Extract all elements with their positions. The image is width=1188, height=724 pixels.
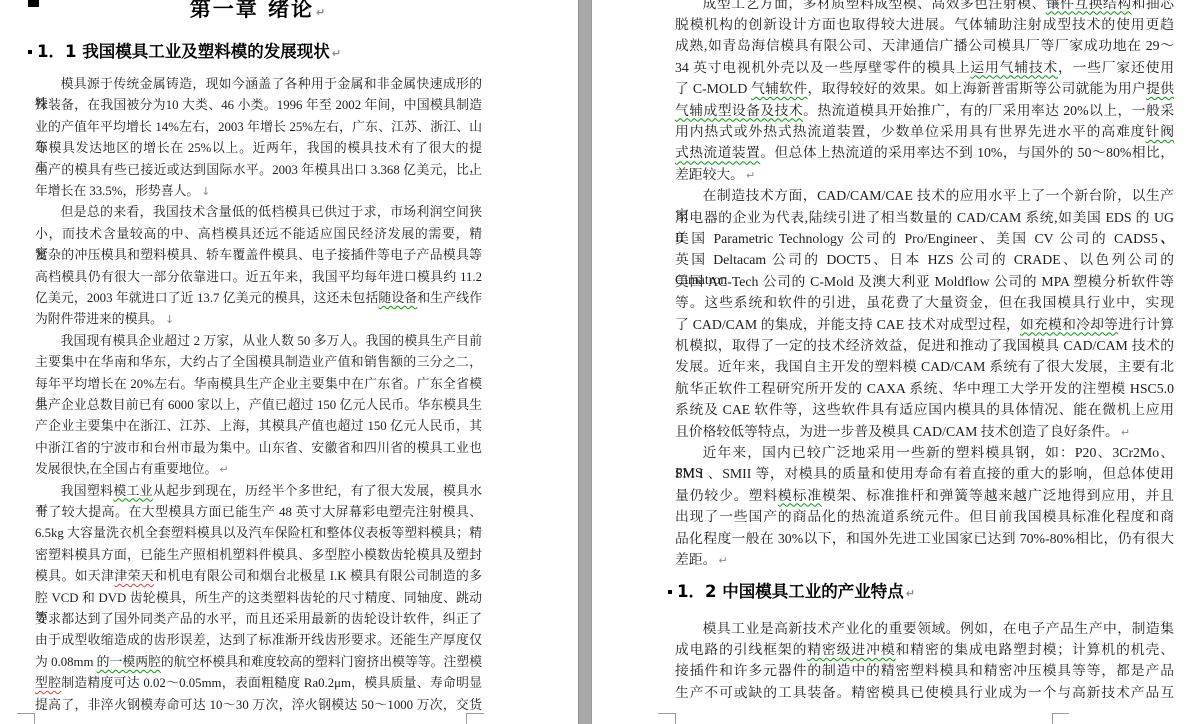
text-run: 我国现有模具企业超过 2 万家，从业人数 50 多万人。我国的模具生产目前	[61, 334, 482, 348]
text-run: 成熟,如青岛海信模具有限公司、天津通信广播公司模具厂等厂家成功地在 29～	[675, 38, 1174, 53]
text-run: 成电路的引线框架的	[675, 642, 807, 657]
text-run: 复杂的冲压模具和塑料模具、轿车覆盖件模具、电子接插件等电子产品模具等	[35, 248, 482, 262]
text-line: 我国塑料模工业从起步到现在，历经半个多世纪，有了很大发展，模具水平	[35, 481, 482, 502]
text-line: 高档模具仍有很大一部分依靠进口。近五年来，我国平均每年进口模具约 11.2	[35, 267, 482, 288]
text-run: 成型工艺方面，多材质塑料成型模、高效多色注射模、	[703, 0, 1046, 11]
text-line: 模具工业是高新技术产业化的重要领域。例如，在电子产品生产中，制造集	[675, 619, 1174, 640]
text-run: 模架、标准推杆和弹簧等越来越广泛地得到应用，并且	[822, 488, 1174, 503]
spellcheck-flagged-text: 如充模和冷却等	[1020, 317, 1118, 332]
text-run: 亿美元，2003 年就进口了近 13.7 亿美元的模具，这还未包括	[35, 291, 378, 305]
text-boundary-mark	[1052, 713, 1069, 714]
text-line: 式热流道装置。但总体上热流道的采用率达不到 10%，与国外的 50～80%相比，	[675, 143, 1174, 164]
spellcheck-flagged-text: 气辅成型设备及技术	[675, 103, 803, 118]
text-line: 年增长在 33.5%，形势喜人。↓	[35, 181, 482, 202]
text-line: 在制造技术方面，CAD/CAM/CAE 技术的应用水平上了一个新台阶，以生产家	[675, 186, 1174, 207]
text-line: 美国 AC-Tech 公司的 C-Mold 及澳大利亚 Moldflow 公司的…	[675, 272, 1174, 293]
text-line: 量仍较少。塑料模标准模架、标准推杆和弹簧等越来越广泛地得到应用，并且	[675, 486, 1174, 507]
spellcheck-flagged-text: 式热流道装置	[675, 145, 760, 160]
text-run: 中浙江省的宁波市和台州市最为集中。山东省、安徽省和四川省的模具工业也	[35, 441, 482, 455]
text-run: 品化程度一般在 30%以下，和国外先进工业国家已达到 70%-80%相比，仍有很…	[675, 531, 1174, 546]
paragraph-mark: ↵	[1121, 426, 1130, 439]
text-line: 生产的模具有些已接近或达到国际水平。2003 年模具出口 3.368 亿美元，比…	[35, 160, 482, 181]
text-line: 型腔制造精度可达 0.02～0.05mm，表面粗糙度 Ra0.2μm，模具质量、…	[35, 673, 482, 694]
line-break-mark: ↓	[201, 185, 210, 198]
text-line: 6.5kg 大容量洗衣机全套塑料模具以及汽车保险杠和整体仪表板等塑料模具；精	[35, 523, 482, 544]
spellcheck-flagged-text: 运用气辅技术	[970, 60, 1058, 75]
text-run: 生产不可或缺的工具装备。精密模具已使模具行业成为一个与高新技术产品互	[675, 685, 1174, 700]
text-run: 。热流道模具开始推广，有的厂采用率达 20%以上，一般采	[803, 103, 1174, 118]
text-boundary-mark	[466, 713, 484, 714]
text-run: 美国 Parametric Technology 公司的 Pro/Enginee…	[675, 231, 1174, 246]
text-line: 模具源于传统金属铸造，现如今涵盖了各种用于金属和非金属快速成形的特	[35, 74, 482, 95]
text-line: 了 C-MOLD 气辅软件，取得较好的效果。如上海新普雷斯等公司就能为用户提供	[675, 79, 1174, 100]
spellcheck-flagged-text: 随设备	[378, 291, 417, 305]
text-run: 产企业主要集中在浙江、江苏、上海，其模具产值也超过 150 亿元人民币，其	[35, 419, 482, 433]
text-run: 生产的模具有些已接近或达到国际水平。2003 年模具出口 3.368 亿美元，比…	[35, 163, 482, 177]
text-run: 接插件和许多元器件的制造中的精密塑料模具和精密冲压模具等等，都是产品	[675, 663, 1174, 678]
text-run: 模具。如天津	[35, 569, 114, 583]
text-line: 用电器的企业为代表,陆续引进了相当数量的 CAD/CAM 系统,如美国 EDS …	[675, 208, 1174, 229]
text-line: 产企业主要集中在浙江、江苏、上海，其模具产值也超过 150 亿元人民币，其	[35, 416, 482, 437]
text-run: 密塑料模具方面，已能生产照相机塑料件模具、多型腔小模数齿轮模具及塑封	[35, 548, 482, 562]
text-line: 成型工艺方面，多材质塑料成型模、高效多色注射模、镶件互换结构和抽芯	[675, 0, 1174, 15]
text-run: 了 CAD/CAM 的集成，并能支持 CAE 技术对成型过程，	[675, 317, 1020, 332]
text-line: 差距。↵	[675, 550, 1174, 571]
text-line: 亿美元，2003 年就进口了近 13.7 亿美元的模具，这还未包括随设备和生产线…	[35, 288, 482, 309]
text-run: 的航空杯模具和难度较高的塑料门窗挤出模等等。注塑模	[161, 655, 482, 669]
text-run: 但是总的来看，我国技术含量低的低档模具已供过于求，市场利润空间狭	[61, 205, 482, 219]
text-run: 模具工业是高新技术产业化的重要领域。例如，在电子产品生产中，制造集	[703, 621, 1174, 636]
paragraph-mark: ↵	[718, 554, 727, 567]
spellcheck-flagged-text: 气辅软件	[751, 81, 807, 96]
text-line: 每年平均增长在 20%左右。华南模具生产企业主要集中在广东省。广东全省模具	[35, 374, 482, 395]
text-line: 且价格较低等特点，为进一步普及模具 CAD/CAM 技术创造了良好条件。↵	[675, 422, 1174, 443]
text-line: SM I 、SMII 等，对模具的质量和使用寿命有着直接的重大的影响，但总体使用	[675, 464, 1174, 485]
text-line: 模具。如天津津荣天和机电有限公司和烟台北极星 I.K 模具有限公司制造的多	[35, 566, 482, 587]
text-run: 差距较大。	[675, 167, 744, 182]
text-line: 航华正软件工程研究所开发的 CAXA 系统、华中理工大学开发的注塑模 HSC5.…	[675, 379, 1174, 400]
text-run: 年增长在 33.5%，形势喜人。	[35, 184, 199, 198]
text-run: 差距。	[675, 552, 716, 567]
text-run: 高档模具仍有很大一部分依靠进口。近五年来，我国平均每年进口模具约 11.2	[35, 270, 482, 284]
text-line: 气辅成型设备及技术。热流道模具开始推广，有的厂采用率达 20%以上，一般采	[675, 101, 1174, 122]
text-run: 提高了，非淬火钢模寿命可达 10～30 万次，淬火钢模达 50～1000 万次，…	[35, 698, 482, 712]
text-run: 量仍较少。塑料	[675, 488, 778, 503]
paragraph-mark: ↵	[219, 463, 228, 476]
text-run: 发展很快,在全国占有重要地位。	[35, 462, 217, 476]
text-run: ，一些厂家还使用	[1058, 60, 1174, 75]
text-line: 业的产值年平均增长 14%左右，2003 年增长 25%左右，广东、江苏、浙江、…	[35, 117, 482, 138]
text-boundary-mark	[17, 713, 35, 714]
text-line: 我国现有模具企业超过 2 万家，从业人数 50 多万人。我国的模具生产目前	[35, 331, 482, 352]
text-run: 制造精度可达 0.02～0.05mm，表面粗糙度 Ra0.2μm，模具质量、寿命…	[61, 676, 482, 690]
text-line: 中浙江省的宁波市和台州市最为集中。山东省、安徽省和四川省的模具工业也	[35, 438, 482, 459]
text-run: 34 英寸电视机外壳以及一些厚壁零件的模具上	[675, 60, 970, 75]
text-line: 美国 Parametric Technology 公司的 Pro/Enginee…	[675, 229, 1174, 250]
spellcheck-flagged-text: 模标准	[778, 488, 822, 503]
text-run: 为 0.08mm	[35, 655, 97, 669]
text-line: 接插件和许多元器件的制造中的精密塑料模具和精密冲压模具等等，都是产品	[675, 661, 1174, 682]
text-run: 为附件带进来的模具。	[35, 312, 163, 326]
text-run: 和抽芯	[1132, 0, 1174, 11]
right-page-text-area: 成型工艺方面，多材质塑料成型模、高效多色注射模、镶件互换结构和抽芯脱模机构的创新…	[675, 0, 1174, 724]
text-run: 要求都达到了国外同类产品的水平，而且还采用最新的齿轮设计软件，纠正了	[35, 612, 482, 626]
spellcheck-flagged-text: 提供	[1146, 81, 1174, 96]
text-line: 生产不可或缺的工具装备。精密模具已使模具行业成为一个与高新技术产品互	[675, 683, 1174, 704]
line-break-mark: ↓	[165, 313, 174, 326]
text-line: 腔 VCD 和 DVD 齿轮模具，所生产的这类塑料齿轮的尺寸精度、同轴度、跳动等	[35, 588, 482, 609]
section-heading: 1．2 中国模具工业的产业特点↵	[668, 578, 1174, 602]
text-run: 和生产线作	[417, 291, 482, 305]
text-run: 和精密的集成电路塑封模；计算机的机壳、	[896, 642, 1174, 657]
text-run: 主要集中在华南和华东，大约占了全国模具制造业产值和销售额的三分之二，	[35, 355, 482, 369]
text-boundary-mark	[658, 713, 676, 714]
text-run: 我国塑料	[61, 484, 114, 498]
heading-bullet-icon	[668, 590, 672, 594]
text-line: 生产企业总数目前已有 6000 家以上，产值已超过 150 亿元人民币。华东模具…	[35, 395, 482, 416]
text-run: 了 C-MOLD	[675, 81, 751, 96]
text-run: 有了较大提高。在大型模具方面已能生产 48 英寸大屏幕彩电塑壳注射模具、	[35, 505, 482, 519]
text-run: 航华正软件工程研究所开发的 CAXA 系统、华中理工大学开发的注塑模 HSC5.…	[675, 381, 1174, 396]
text-run: 机模拟，取得了一定的技术经济效益，促进和推动了我国模具 CAD/CAM 技术的	[675, 338, 1174, 353]
text-line: 系统及 CAE 软件等，这些软件具有适应国内模具的具体情况、能在微机上应用	[675, 400, 1174, 421]
text-run: 且价格较低等特点，为进一步普及模具 CAD/CAM 技术创造了良好条件。	[675, 424, 1119, 439]
text-line: 为附件带进来的模具。↓	[35, 309, 482, 330]
text-run: ，取得较好的效果。如上海新普雷斯等公司就能为用户	[808, 81, 1147, 96]
text-run: 用内热式或外热式热流道装置，少数单位采用具有世界先进水平的高难度	[675, 124, 1146, 139]
text-line: 成电路的引线框架的精密级进冲模和精密的集成电路塑封模；计算机的机壳、	[675, 640, 1174, 661]
text-line: 主要集中在华南和华东，大约占了全国模具制造业产值和销售额的三分之二，	[35, 352, 482, 373]
text-run: 和机电有限公司和烟台北极星 I.K 模具有限公司制造的多	[154, 569, 482, 583]
spellcheck-flagged-text: 精密级进冲模	[807, 642, 895, 657]
heading-bullet-icon	[28, 50, 32, 54]
text-line: 发展很快,在全国占有重要地位。↵	[35, 459, 482, 480]
text-boundary-mark	[466, 713, 467, 724]
spellcheck-flagged-text: 模工业	[113, 484, 153, 498]
text-boundary-mark	[34, 713, 35, 724]
text-line: 品化程度一般在 30%以下，和国外先进工业国家已达到 70%-80%相比，仍有很…	[675, 529, 1174, 550]
left-page-text-area: 第一章 绪论↵1．1 我国模具工业及塑料模的发展现状↵模具源于传统金属铸造，现如…	[35, 0, 482, 724]
text-run: 脱模机构的创新设计方面也取得较大进展。气体辅助注射成型技术的使用更趋	[675, 17, 1174, 32]
text-run: 美国 AC-Tech 公司的 C-Mold 及澳大利亚 Moldflow 公司的…	[675, 274, 1174, 289]
text-boundary-mark	[1052, 713, 1053, 724]
text-line: 要求都达到了国外同类产品的水平，而且还采用最新的齿轮设计软件，纠正了	[35, 609, 482, 630]
text-run: 等。这些系统和软件的引进，虽花费了大量资金，但在我国模具行业中，实现	[675, 295, 1174, 310]
section-heading: 1．1 我国模具工业及塑料模的发展现状↵	[28, 38, 482, 62]
text-line: 差距较大。↵	[675, 165, 1174, 186]
text-line: 等。这些系统和软件的引进，虽花费了大量资金，但在我国模具行业中，实现	[675, 293, 1174, 314]
section-heading-text: 1．2 中国模具工业的产业特点	[677, 582, 904, 601]
text-run: 由于成型收缩造成的齿形误差，达到了标准渐开线齿形要求。还能生产厚度仅	[35, 633, 482, 647]
page-right: 成型工艺方面，多材质塑料成型模、高效多色注射模、镶件互换结构和抽芯脱模机构的创新…	[592, 0, 1188, 724]
paragraph-mark: ↵	[906, 587, 915, 600]
text-line: 殊装备，在我国被分为10 大类、46 小类。1996 年至 2002 年间，中国…	[35, 95, 482, 116]
text-line: 但是总的来看，我国技术含量低的低档模具已供过于求，市场利润空间狭	[35, 202, 482, 223]
text-line: 复杂的冲压模具和塑料模具、轿车覆盖件模具、电子接插件等电子产品模具等	[35, 245, 482, 266]
text-line: 机模拟，取得了一定的技术经济效益，促进和推动了我国模具 CAD/CAM 技术的	[675, 336, 1174, 357]
text-line: 近年来，国内已较广泛地采用一些新的塑料模具钢，如：P20、3Cr2Mo、PMS、	[675, 443, 1174, 464]
spellcheck-flagged-text: 津荣天	[114, 569, 154, 583]
section-heading-text: 1．1 我国模具工业及塑料模的发展现状	[37, 42, 330, 61]
paragraph-mark: ↵	[746, 169, 755, 182]
chapter-title: 第一章 绪论↵	[35, 0, 482, 23]
text-line: 了 CAD/CAM 的集成，并能支持 CAE 技术对成型过程，如充模和冷却等进行…	[675, 315, 1174, 336]
text-boundary-mark	[675, 713, 676, 724]
text-run: 系统及 CAE 软件等，这些软件具有适应国内模具的具体情况、能在微机上应用	[675, 402, 1174, 417]
page-gap-divider	[578, 0, 592, 724]
text-run: 出现了一些国产的商品化的热流道系统元件。但目前我国模具标准化程度和商	[675, 509, 1174, 524]
text-line: 等模具发达地区的增长在 25%以上。近两年，我国的模具技术有了很大的提高，	[35, 138, 482, 159]
text-run: 6.5kg 大容量洗衣机全套塑料模具以及汽车保险杠和整体仪表板等塑料模具；精	[35, 526, 482, 540]
text-line: 有了较大提高。在大型模具方面已能生产 48 英寸大屏幕彩电塑壳注射模具、	[35, 502, 482, 523]
text-line: 小，而技术含量较高的中、高档模具还远不能适应国民经济发展的需要，精密、	[35, 224, 482, 245]
text-line: 成熟,如青岛海信模具有限公司、天津通信广播公司模具厂等厂家成功地在 29～	[675, 36, 1174, 57]
text-run: 生产企业总数目前已有 6000 家以上，产值已超过 150 亿元人民币。华东模具…	[35, 398, 482, 412]
spellcheck-flagged-text: 针阀	[1146, 124, 1175, 139]
text-line: 34 英寸电视机外壳以及一些厚壁零件的模具上运用气辅技术，一些厂家还使用	[675, 58, 1174, 79]
text-line: 密塑料模具方面，已能生产照相机塑料件模具、多型腔小模数齿轮模具及塑封	[35, 545, 482, 566]
text-line: 脱模机构的创新设计方面也取得较大进展。气体辅助注射成型技术的使用更趋	[675, 15, 1174, 36]
text-line: 为 0.08mm 的一模两腔的航空杯模具和难度较高的塑料门窗挤出模等等。注塑模	[35, 652, 482, 673]
spellcheck-flagged-text: 型腔	[35, 676, 61, 690]
paragraph-mark: ↵	[316, 6, 327, 19]
text-line: 用内热式或外热式热流道装置，少数单位采用具有世界先进水平的高难度针阀	[675, 122, 1174, 143]
text-line: 发展。近年来，我国自主开发的塑料模 CAD/CAM 系统有了很大发展，主要有北	[675, 357, 1174, 378]
text-line: 提高了，非淬火钢模寿命可达 10～30 万次，淬火钢模达 50～1000 万次，…	[35, 695, 482, 716]
spellcheck-flagged-text: 镶件互换结构	[1046, 0, 1132, 11]
text-run: SM I 、SMII 等，对模具的质量和使用寿命有着直接的重大的影响，但总体使用	[675, 466, 1174, 481]
spellcheck-flagged-text: 的一模两腔	[97, 655, 161, 669]
text-run: 殊装备，在我国被分为10 大类、46 小类。1996 年至 2002 年间，中国…	[35, 98, 482, 112]
text-run: 进行计算	[1118, 317, 1174, 332]
paragraph-mark: ↵	[332, 47, 341, 60]
text-run: 。但总体上热流道的采用率达不到 10%，与国外的 50～80%相比，	[760, 145, 1174, 160]
page-left: 第一章 绪论↵1．1 我国模具工业及塑料模的发展现状↵模具源于传统金属铸造，现如…	[0, 0, 578, 724]
text-line: 英国 Deltacam 公司的 DOCT5、日本 HZS 公司的 CRADE、以…	[675, 250, 1174, 271]
text-line: 出现了一些国产的商品化的热流道系统元件。但目前我国模具标准化程度和商	[675, 507, 1174, 528]
text-line: 由于成型收缩造成的齿形误差，达到了标准渐开线齿形要求。还能生产厚度仅	[35, 630, 482, 651]
text-run: 发展。近年来，我国自主开发的塑料模 CAD/CAM 系统有了很大发展，主要有北	[675, 359, 1174, 374]
